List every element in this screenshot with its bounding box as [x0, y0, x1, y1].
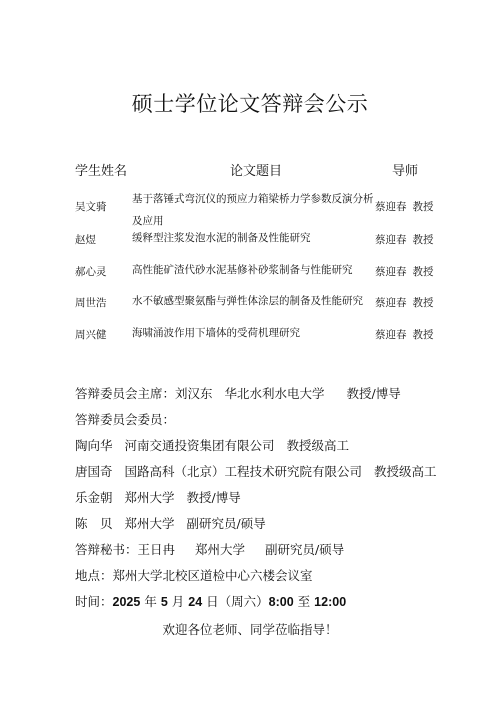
chair-name: 刘汉东	[175, 386, 213, 401]
member-title: 教授/博导	[187, 490, 241, 505]
member-org: 国路高科（北京）工程技术研究院有限公司	[125, 464, 363, 479]
committee-member: 陶向华河南交通投资集团有限公司教授级高工	[75, 436, 349, 454]
committee-member: 乐金朝郑州大学教授/博导	[75, 488, 241, 506]
time-month-unit: 月	[172, 594, 185, 609]
advisor-name: 蔡迎春	[375, 201, 407, 213]
secretary-title: 副研究员/硕导	[265, 542, 344, 557]
advisor-title: 教授	[413, 329, 434, 341]
header-thesis: 论文题目	[230, 160, 282, 179]
thesis-title: 高性能矿渣代砂水泥基修补砂浆制备与性能研究	[132, 259, 382, 281]
member-name: 唐国奇	[75, 464, 113, 479]
thesis-title: 水不敏感型聚氨酯与弹性体涂层的制备及性能研究	[132, 290, 382, 312]
advisor: 蔡迎春教授	[375, 295, 434, 310]
time-day: 24	[188, 595, 202, 609]
student-name: 郝心灵	[75, 264, 107, 279]
time: 时间：2025 年 5 月 24 日（周六）8:00 至 12:00	[75, 592, 346, 610]
student-name: 赵煜	[75, 232, 96, 247]
student-name: 周世浩	[75, 295, 107, 310]
location-value: 郑州大学北校区道检中心六楼会议室	[113, 568, 313, 583]
thesis-title: 基于落锤式弯沉仪的预应力箱梁桥力学参数反演分析及应用	[132, 188, 374, 232]
header-student: 学生姓名	[75, 160, 127, 179]
committee-chair: 答辩委员会主席：刘汉东华北水利水电大学教授/博导	[75, 384, 401, 402]
member-org: 郑州大学	[125, 490, 175, 505]
secretary-label: 答辩秘书：	[75, 542, 138, 557]
member-title: 教授级高工	[287, 438, 350, 453]
thesis-title: 缓释型注浆发泡水泥的制备及性能研究	[132, 227, 374, 249]
member-org: 河南交通投资集团有限公司	[125, 438, 275, 453]
advisor: 蔡迎春教授	[375, 264, 434, 279]
committee-member: 唐国奇国路高科（北京）工程技术研究院有限公司教授级高工	[75, 462, 437, 480]
committee-member: 陈 贝郑州大学副研究员/硕导	[75, 514, 266, 532]
welcome-message: 欢迎各位老师、同学莅临指导！	[0, 620, 500, 638]
advisor-name: 蔡迎春	[375, 266, 407, 278]
advisor-title: 教授	[413, 266, 434, 278]
location: 地点：郑州大学北校区道检中心六楼会议室	[75, 566, 313, 584]
time-year: 2025	[113, 595, 141, 609]
member-title: 副研究员/硕导	[187, 516, 266, 531]
page-title: 硕士学位论文答辩会公示	[0, 88, 500, 118]
secretary-name: 王日冉	[138, 542, 176, 557]
time-label: 时间：	[75, 594, 113, 609]
time-end: 12:00	[314, 595, 346, 609]
member-title: 教授级高工	[374, 464, 437, 479]
header-advisor: 导师	[392, 160, 418, 179]
advisor-title: 教授	[413, 234, 434, 246]
student-name: 吴文骑	[75, 199, 107, 214]
advisor: 蔡迎春教授	[375, 327, 434, 342]
student-name: 周兴健	[75, 327, 107, 342]
advisor-name: 蔡迎春	[375, 329, 407, 341]
advisor: 蔡迎春教授	[375, 199, 434, 214]
advisor-name: 蔡迎春	[375, 297, 407, 309]
chair-label: 答辩委员会主席：	[75, 386, 175, 401]
chair-title: 教授/博导	[347, 386, 401, 401]
member-name: 陈 贝	[75, 516, 113, 531]
thesis-title: 海啸涌波作用下墙体的受荷机理研究	[132, 322, 374, 344]
chair-org: 华北水利水电大学	[225, 386, 325, 401]
time-month: 5	[161, 595, 168, 609]
time-day-unit: 日（周六）	[206, 594, 269, 609]
time-to: 至	[298, 594, 311, 609]
member-name: 乐金朝	[75, 490, 113, 505]
time-year-unit: 年	[144, 594, 157, 609]
member-org: 郑州大学	[125, 516, 175, 531]
advisor-title: 教授	[413, 297, 434, 309]
secretary: 答辩秘书：王日冉郑州大学副研究员/硕导	[75, 540, 344, 558]
advisor-name: 蔡迎春	[375, 234, 407, 246]
advisor: 蔡迎春教授	[375, 232, 434, 247]
committee-members-label: 答辩委员会委员：	[75, 410, 175, 428]
secretary-org: 郑州大学	[195, 542, 245, 557]
time-start: 8:00	[269, 595, 294, 609]
advisor-title: 教授	[413, 201, 434, 213]
location-label: 地点：	[75, 568, 113, 583]
member-name: 陶向华	[75, 438, 113, 453]
